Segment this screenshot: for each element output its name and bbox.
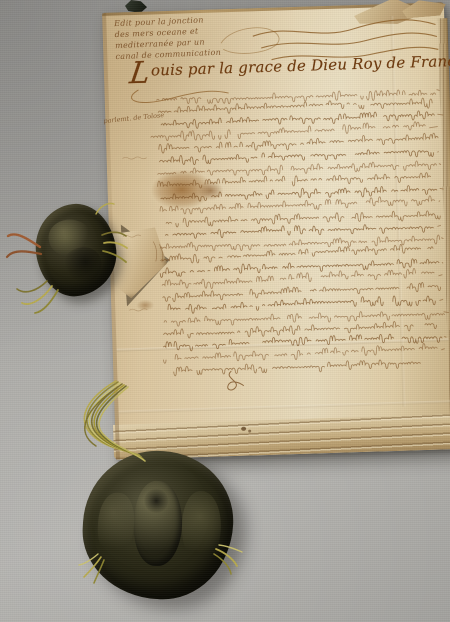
ink-stain-small — [133, 297, 157, 313]
horizontal-crease — [117, 338, 449, 351]
parchment-document: Edit pour la jonction des mers oceane et… — [102, 2, 450, 460]
horizontal-crease-lower — [118, 400, 450, 413]
seal-tongue-flap — [112, 227, 168, 299]
ink-stain-large-core — [193, 177, 228, 204]
annotation-circle-flourish — [221, 27, 280, 54]
sheet-stack-right-edges — [437, 18, 450, 421]
cursive-body-lines — [149, 88, 450, 377]
photo-stage: Edit pour la jonction des mers oceane et… — [0, 0, 450, 622]
seal-relief — [180, 491, 223, 564]
stain-dot — [248, 430, 251, 433]
marginal-note: parlemt. de Tolose — [103, 111, 164, 125]
heading-initial-letter: L — [129, 64, 152, 83]
small-wax-seal — [31, 200, 120, 300]
seal-relief — [96, 492, 135, 559]
great-wax-seal — [79, 447, 237, 603]
top-right-fold-small — [401, 0, 446, 19]
closing-paraph — [227, 371, 244, 390]
archival-annotation: Edit pour la jonction des mers oceane et… — [114, 14, 221, 62]
